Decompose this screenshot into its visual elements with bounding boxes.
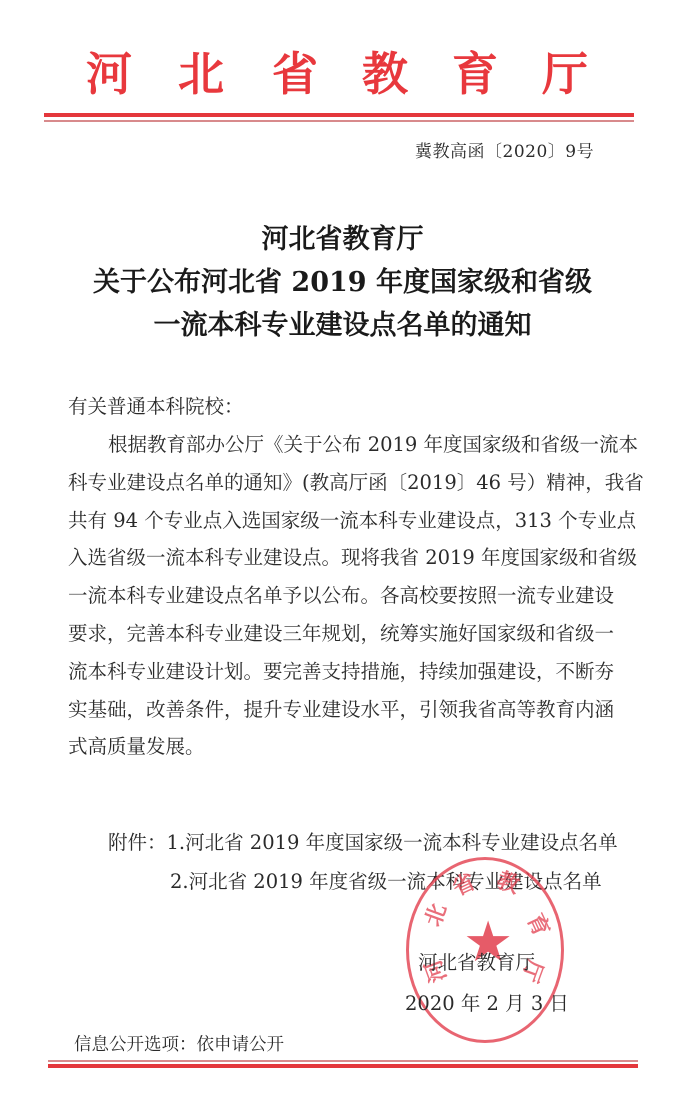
seal-char: 省 xyxy=(449,870,478,899)
letterhead-char: 北 xyxy=(178,44,224,104)
letterhead-char: 厅 xyxy=(542,44,588,104)
body-line: 一流本科专业建设点名单予以公布。各高校要按照一流专业建设 xyxy=(68,577,634,615)
letterhead-rule-thin xyxy=(44,120,634,122)
body-line: 实基础，改善条件，提升专业建设水平，引领我省高等教育内涵 xyxy=(68,691,634,729)
title-line-3: 一流本科专业建设点名单的通知 xyxy=(0,304,685,347)
signature-date: 2020 年 2 月 3 日 xyxy=(405,991,569,1017)
body-paragraph: 根据教育部办公厅《关于公布 2019 年度国家级和省级一流本 科专业建设点名单的… xyxy=(68,426,634,766)
seal-char: 育 xyxy=(523,910,552,939)
letterhead-char: 省 xyxy=(272,44,318,104)
letterhead-rule-thick xyxy=(44,113,634,117)
letterhead-char: 河 xyxy=(86,44,132,104)
letterhead-char: 育 xyxy=(452,44,498,104)
title-line-1: 河北省教育厅 xyxy=(0,218,685,261)
salutation: 有关普通本科院校： xyxy=(68,394,244,420)
document-title: 河北省教育厅 关于公布河北省 2019 年度国家级和省级 一流本科专业建设点名单… xyxy=(0,218,685,347)
seal-char: 教 xyxy=(494,869,522,897)
seal-char: 北 xyxy=(422,901,450,929)
body-line: 科专业建设点名单的通知》(教高厅函〔2019〕46 号）精神，我省 xyxy=(68,464,634,502)
footer-rule-thick xyxy=(48,1064,638,1068)
body-line: 要求，完善本科专业建设三年规划，统筹实施好国家级和省级一 xyxy=(68,615,634,653)
body-line: 共有 94 个专业点入选国家级一流本科专业建设点，313 个专业点 xyxy=(68,502,634,540)
title-line-2: 关于公布河北省 2019 年度国家级和省级 xyxy=(0,261,685,304)
footer-rule-thin xyxy=(48,1060,638,1062)
attachment-item-1: 附件：1.河北省 2019 年度国家级一流本科专业建设点名单 xyxy=(108,830,618,856)
body-line: 入选省级一流本科专业建设点。现将我省 2019 年度国家级和省级 xyxy=(68,539,634,577)
body-line: 根据教育部办公厅《关于公布 2019 年度国家级和省级一流本 xyxy=(68,426,634,464)
letterhead: 河 北 省 教 育 厅 xyxy=(0,44,685,104)
signature-organization: 河北省教育厅 xyxy=(418,950,535,976)
document-number: 冀教高函〔2020〕9号 xyxy=(415,140,594,164)
letterhead-char: 教 xyxy=(362,44,408,104)
info-disclosure-option: 信息公开选项：依申请公开 xyxy=(74,1033,284,1057)
body-line: 流本科专业建设计划。要完善支持措施，持续加强建设，不断夯 xyxy=(68,653,634,691)
body-line: 式高质量发展。 xyxy=(68,728,634,766)
